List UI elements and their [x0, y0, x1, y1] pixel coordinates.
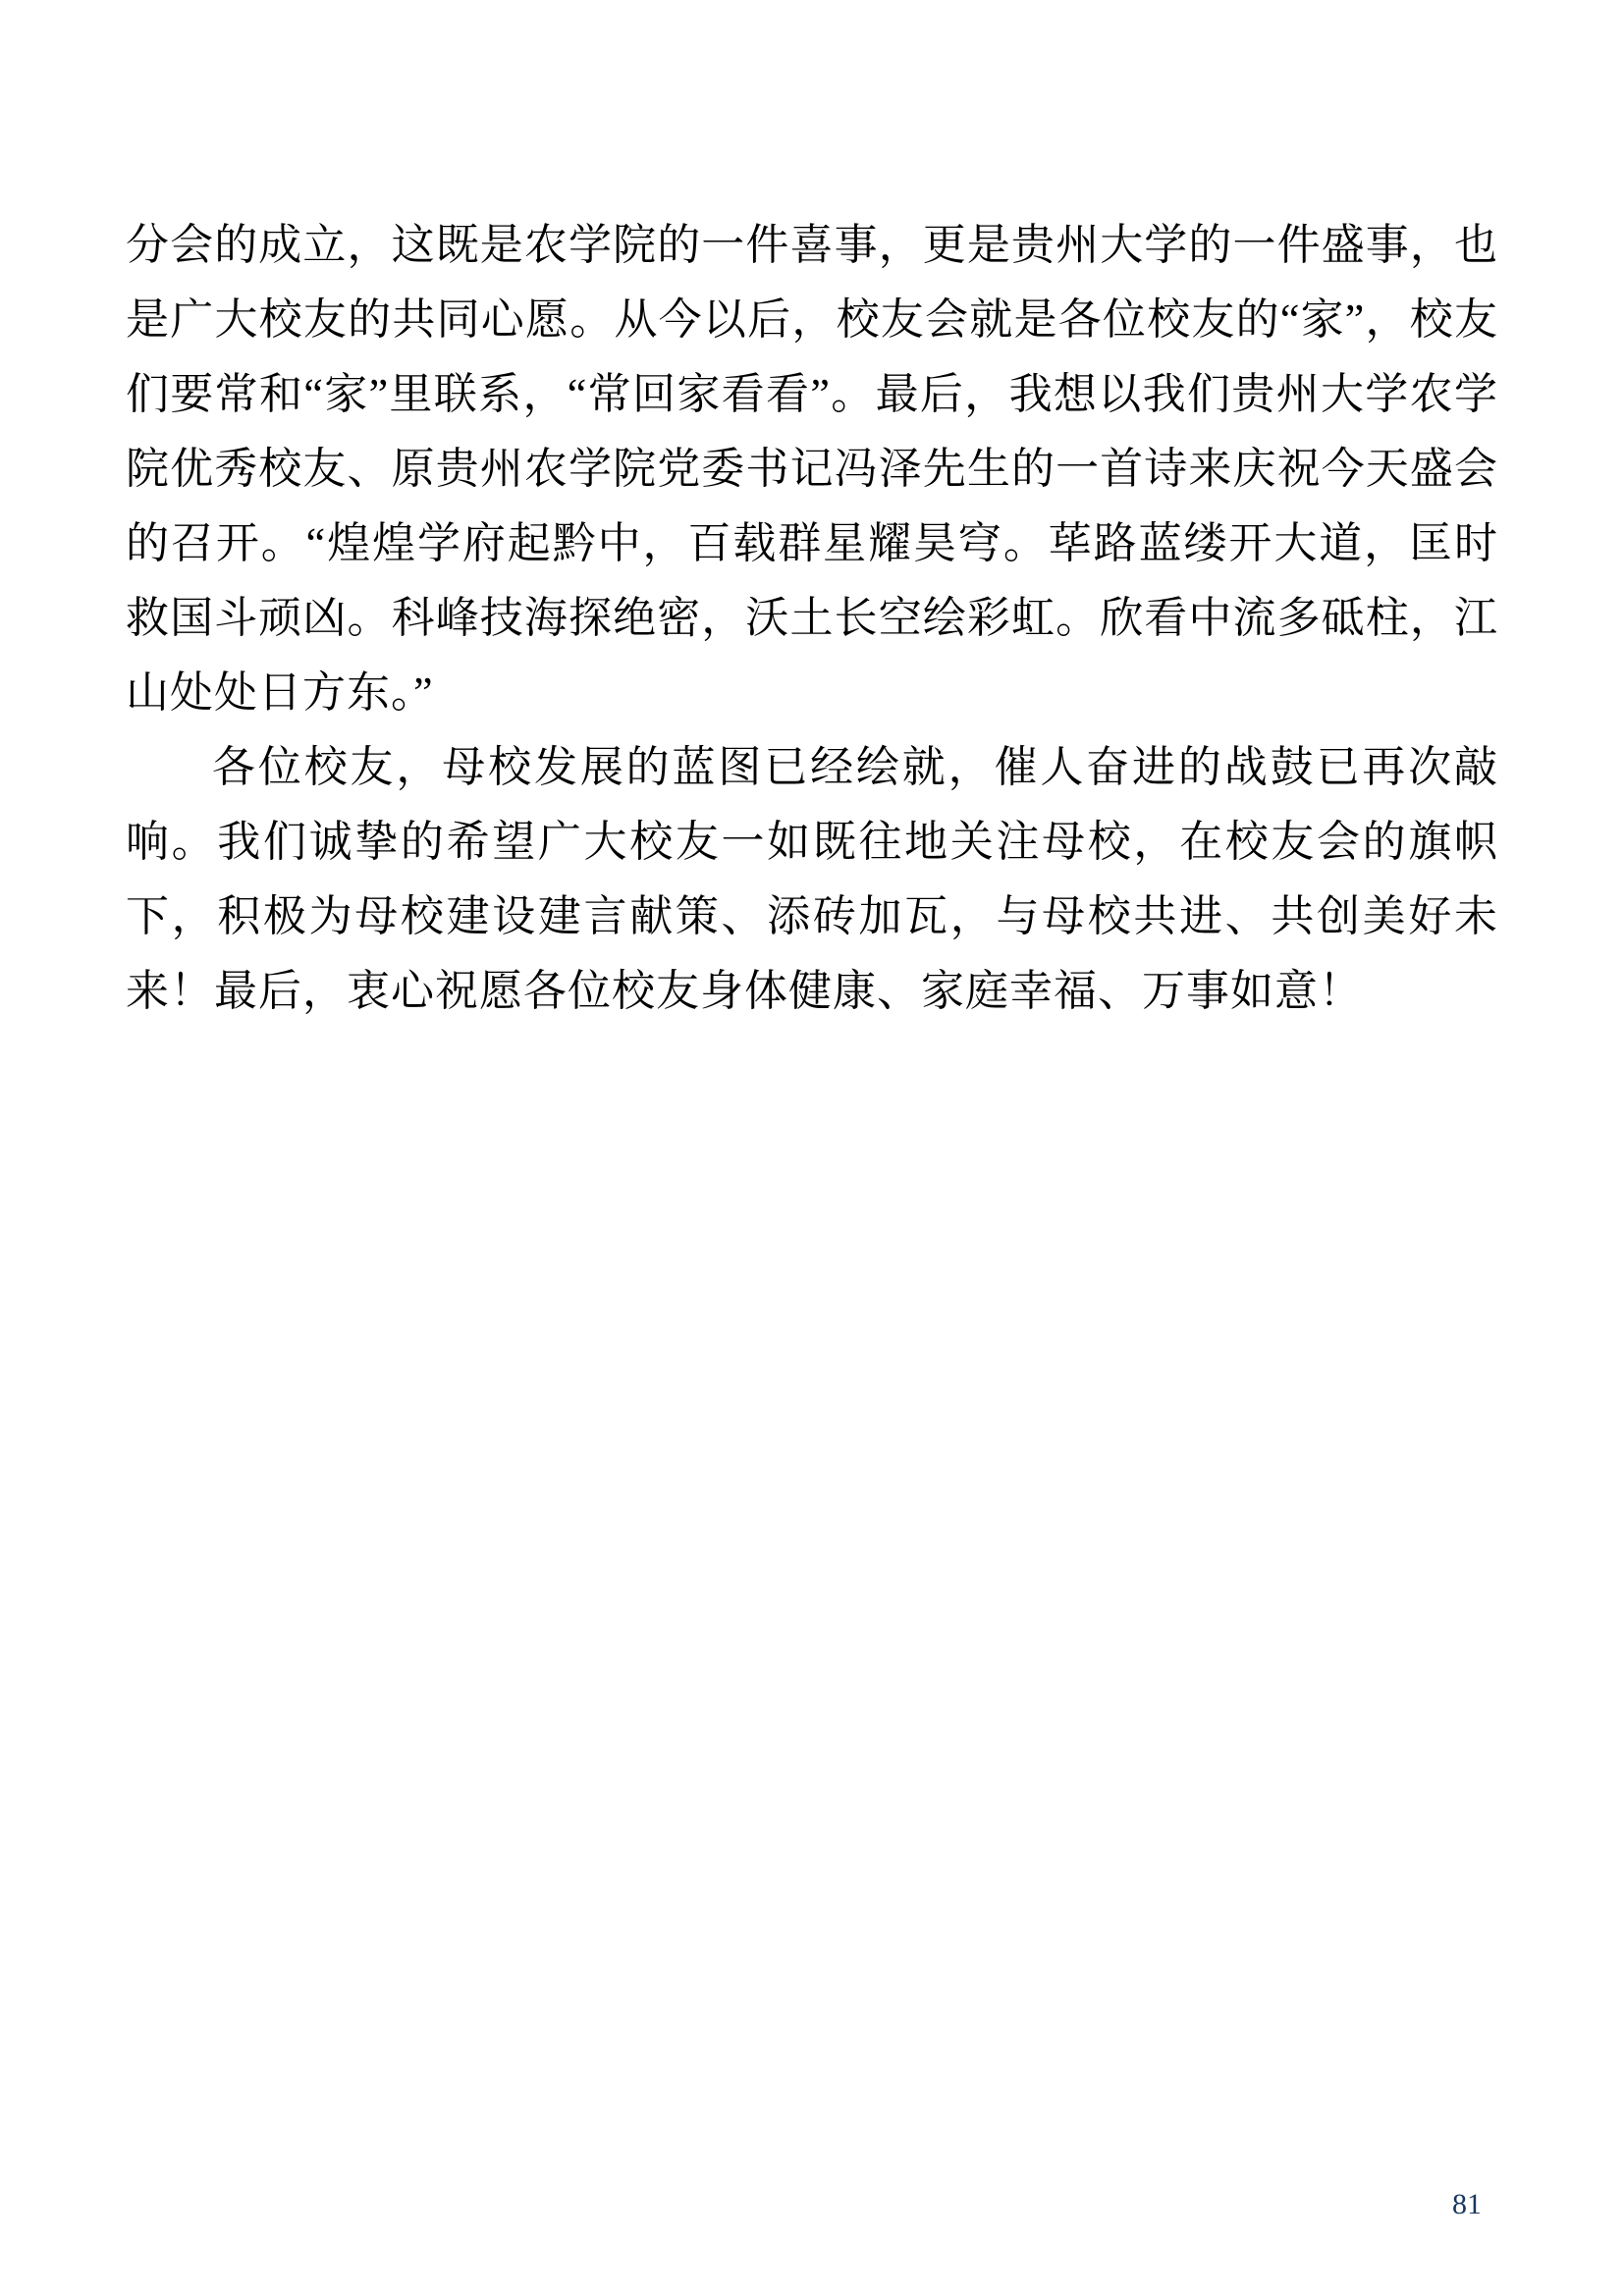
page-number: 81	[1452, 2188, 1482, 2220]
page-footer: 81	[1452, 2188, 1482, 2221]
body-paragraph: 分会的成立，这既是农学院的一件喜事，更是贵州大学的一件盛事，也是广大校友的共同心…	[126, 208, 1498, 730]
body-paragraph: 各位校友，母校发展的蓝图已经绘就，催人奋进的战鼓已再次敲响。我们诚挚的希望广大校…	[126, 730, 1498, 1029]
page-body: 分会的成立，这既是农学院的一件喜事，更是贵州大学的一件盛事，也是广大校友的共同心…	[126, 208, 1498, 1029]
document-page: 分会的成立，这既是农学院的一件喜事，更是贵州大学的一件盛事，也是广大校友的共同心…	[0, 0, 1624, 2296]
